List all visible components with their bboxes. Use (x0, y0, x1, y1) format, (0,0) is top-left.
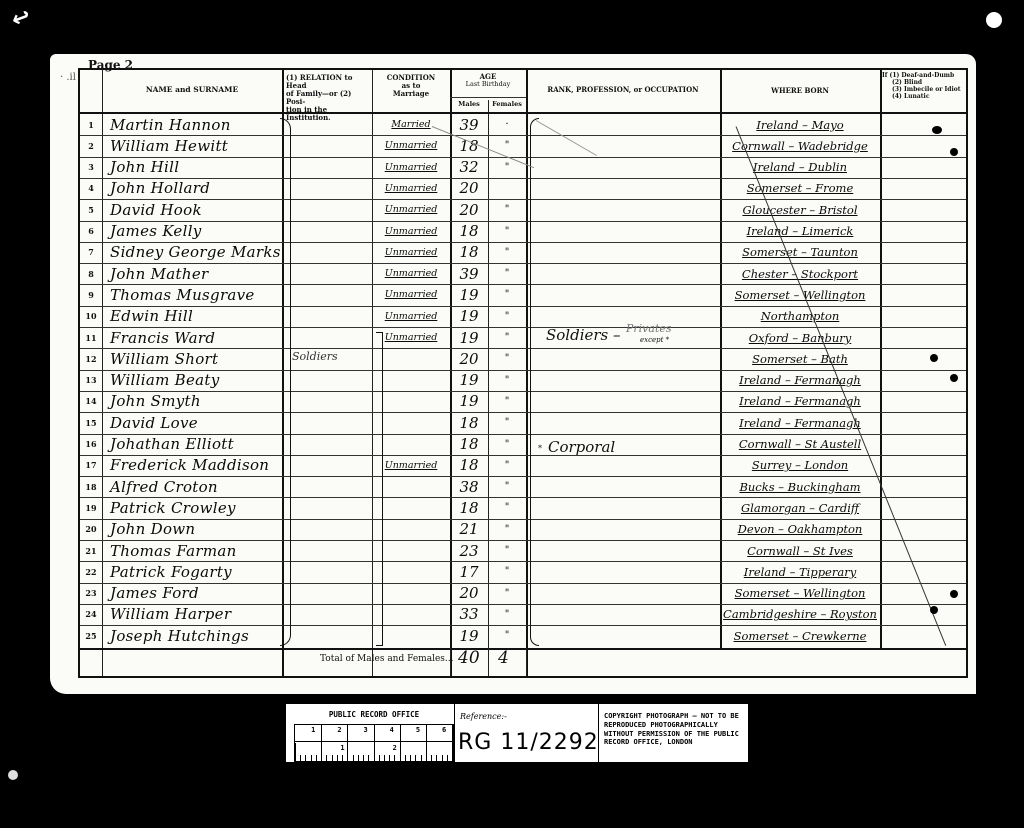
person-name: Patrick Fogarty (102, 561, 290, 582)
marital-condition (372, 391, 450, 412)
census-row: 9Thomas MusgraveUnmarried19"Somerset – W… (80, 284, 966, 305)
birthplace: Ireland – Fermanagh (720, 370, 880, 391)
person-name: David Love (102, 412, 290, 433)
age-female-mark: " (488, 412, 526, 433)
marital-condition (372, 625, 450, 646)
birthplace: Somerset – Taunton (720, 242, 880, 263)
census-row: 20John Down21"Devon – Oakhampton (80, 519, 966, 540)
birthplace: Surrey – London (720, 455, 880, 476)
header-where-born: WHERE BORN (720, 87, 880, 95)
census-row: 2William HewittUnmarried18"Cornwall – Wa… (80, 135, 966, 156)
person-name: Patrick Crowley (102, 497, 290, 518)
header-age: AGE Last Birthday (450, 73, 526, 89)
ruler-number: 4 (390, 726, 394, 734)
birthplace: Somerset – Crewkerne (720, 625, 880, 646)
age-female-mark: " (488, 370, 526, 391)
census-row: 22Patrick Fogarty17"Ireland – Tipperary (80, 561, 966, 582)
census-sheet: Page 2 · .il NAME and SURNAME (1) RELATI… (50, 54, 976, 694)
census-row: 16Johathan Elliott18"Cornwall – St Auste… (80, 434, 966, 455)
age-male: 21 (450, 519, 488, 540)
marital-condition (372, 561, 450, 582)
marital-condition (372, 370, 450, 391)
census-row: 19Patrick Crowley18"Glamorgan – Cardiff (80, 497, 966, 518)
total-label: Total of Males and Females... (320, 654, 454, 664)
age-female-mark: " (488, 221, 526, 242)
marital-condition: Unmarried (372, 263, 450, 284)
birthplace: Ireland – Mayo (720, 114, 880, 135)
person-name: James Kelly (102, 221, 290, 242)
row-number: 7 (80, 242, 102, 263)
row-number: 1 (80, 114, 102, 135)
age-female-mark: " (488, 199, 526, 220)
age-male: 20 (450, 348, 488, 369)
person-name: David Hook (102, 199, 290, 220)
age-male: 20 (450, 199, 488, 220)
age-female-mark: " (488, 306, 526, 327)
corporal-marker: * (538, 444, 542, 453)
birthplace: Somerset – Bath (720, 348, 880, 369)
person-name: Thomas Farman (102, 540, 290, 561)
census-row: 5David HookUnmarried20"Gloucester – Bris… (80, 199, 966, 220)
relation-soldiers: Soldiers (292, 350, 338, 363)
census-row: 25Joseph Hutchings19"Somerset – Crewkern… (80, 625, 966, 646)
census-row: 1Martin HannonMarried39·Ireland – Mayo (80, 114, 966, 135)
age-female-mark: " (488, 242, 526, 263)
row-number: 3 (80, 157, 102, 178)
census-row: 18Alfred Croton38"Bucks – Buckingham (80, 476, 966, 497)
person-name: Frederick Maddison (102, 455, 290, 476)
age-female-mark: " (488, 391, 526, 412)
row-number: 20 (80, 519, 102, 540)
reference-strip: PUBLIC RECORD OFFICE 12345612 Reference:… (284, 702, 750, 764)
marital-condition: Unmarried (372, 327, 450, 348)
ruler-number: 6 (442, 726, 446, 734)
row-number: 17 (80, 455, 102, 476)
person-name: John Hollard (102, 178, 290, 199)
age-male: 18 (450, 497, 488, 518)
age-male: 19 (450, 284, 488, 305)
marital-condition (372, 412, 450, 433)
birthplace: Somerset – Wellington (720, 583, 880, 604)
ruler-number: 2 (337, 726, 341, 734)
row-number: 4 (80, 178, 102, 199)
person-name: Joseph Hutchings (102, 625, 290, 646)
marital-condition (372, 583, 450, 604)
birthplace: Cornwall – St Ives (720, 540, 880, 561)
birthplace: Northampton (720, 306, 880, 327)
header-name: NAME and SURNAME (102, 86, 282, 95)
person-name: James Ford (102, 583, 290, 604)
age-male: 18 (450, 221, 488, 242)
age-male: 23 (450, 540, 488, 561)
person-name: John Mather (102, 263, 290, 284)
marital-condition (372, 540, 450, 561)
person-name: Martin Hannon (102, 114, 290, 135)
row-number: 5 (80, 199, 102, 220)
age-male: 39 (450, 114, 488, 135)
age-male: 20 (450, 583, 488, 604)
age-female-mark (488, 178, 526, 199)
total-males: 40 (458, 648, 480, 668)
occupation-except: except * (640, 336, 669, 344)
person-name: John Smyth (102, 391, 290, 412)
census-row: 21Thomas Farman23"Cornwall – St Ives (80, 540, 966, 561)
age-male: 19 (450, 391, 488, 412)
reference-value: RG 11/2292 (458, 730, 599, 755)
public-record-office-label: PUBLIC RECORD OFFICE (294, 710, 454, 719)
age-male: 17 (450, 561, 488, 582)
row-number: 16 (80, 434, 102, 455)
marital-condition (372, 519, 450, 540)
ruler-sub-number: 2 (393, 744, 397, 752)
age-female-mark: " (488, 540, 526, 561)
row-number: 2 (80, 135, 102, 156)
age-female-mark: " (488, 284, 526, 305)
row-number: 19 (80, 497, 102, 518)
age-female-mark: · (488, 114, 526, 135)
census-row: 23James Ford20"Somerset – Wellington (80, 583, 966, 604)
age-male: 32 (450, 157, 488, 178)
age-male: 18 (450, 242, 488, 263)
age-female-mark: " (488, 263, 526, 284)
age-female-mark: " (488, 625, 526, 646)
marital-condition: Unmarried (372, 199, 450, 220)
age-male: 39 (450, 263, 488, 284)
row-number: 21 (80, 540, 102, 561)
row-number: 12 (80, 348, 102, 369)
age-male: 19 (450, 306, 488, 327)
row-number: 25 (80, 625, 102, 646)
person-name: Thomas Musgrave (102, 284, 290, 305)
scale-ruler: 12345612 (294, 724, 454, 762)
row-number: 13 (80, 370, 102, 391)
birthplace: Ireland – Tipperary (720, 561, 880, 582)
census-row: 13William Beaty19"Ireland – Fermanagh (80, 370, 966, 391)
birthplace: Gloucester – Bristol (720, 199, 880, 220)
person-name: William Hewitt (102, 135, 290, 156)
birthplace: Glamorgan – Cardiff (720, 497, 880, 518)
row-number: 11 (80, 327, 102, 348)
header-condition: CONDITION as to Marriage (372, 74, 450, 98)
census-row: 4John HollardUnmarried20Somerset – Frome (80, 178, 966, 199)
age-female-mark: " (488, 327, 526, 348)
header-age-males: Males (450, 101, 488, 108)
age-male: 18 (450, 412, 488, 433)
birthplace: Bucks – Buckingham (720, 476, 880, 497)
census-row: 6James KellyUnmarried18"Ireland – Limeri… (80, 221, 966, 242)
age-male: 33 (450, 604, 488, 625)
row-number: 10 (80, 306, 102, 327)
person-name: Alfred Croton (102, 476, 290, 497)
person-name: William Harper (102, 604, 290, 625)
age-female-mark: " (488, 348, 526, 369)
age-male: 19 (450, 625, 488, 646)
census-row: 17Frederick MaddisonUnmarried18"Surrey –… (80, 455, 966, 476)
corner-dot (986, 12, 1002, 28)
birthplace: Somerset – Frome (720, 178, 880, 199)
occupation-brace (530, 118, 539, 646)
birthplace: Oxford – Banbury (720, 327, 880, 348)
row-number: 23 (80, 583, 102, 604)
person-name: Johathan Elliott (102, 434, 290, 455)
age-female-mark: " (488, 519, 526, 540)
age-male: 38 (450, 476, 488, 497)
census-row: 15David Love18"Ireland – Fermanagh (80, 412, 966, 433)
marital-condition: Unmarried (372, 306, 450, 327)
corner-dot (8, 770, 18, 780)
row-number: 15 (80, 412, 102, 433)
age-female-mark: " (488, 135, 526, 156)
ruler-number: 3 (364, 726, 368, 734)
marital-condition: Unmarried (372, 284, 450, 305)
age-female-mark: " (488, 157, 526, 178)
row-number: 6 (80, 221, 102, 242)
occupation-privates: Privates (626, 322, 672, 335)
age-male: 18 (450, 434, 488, 455)
person-name: Edwin Hill (102, 306, 290, 327)
census-row: 10Edwin HillUnmarried19"Northampton (80, 306, 966, 327)
person-name: Francis Ward (102, 327, 290, 348)
census-table: NAME and SURNAME (1) RELATION to Head of… (78, 68, 968, 678)
marital-condition: Married (372, 114, 450, 135)
ruler-sub-number: 1 (340, 744, 344, 752)
marital-condition: Unmarried (372, 455, 450, 476)
copyright-notice: COPYRIGHT PHOTOGRAPH – NOT TO BE REPRODU… (604, 712, 746, 747)
person-name: Sidney George Marks (102, 242, 290, 263)
census-row: 7Sidney George MarksUnmarried18"Somerset… (80, 242, 966, 263)
age-female-mark: " (488, 476, 526, 497)
birthplace: Devon – Oakhampton (720, 519, 880, 540)
census-row: 3John HillUnmarried32"Ireland – Dublin (80, 157, 966, 178)
person-name: William Short (102, 348, 290, 369)
row-number: 14 (80, 391, 102, 412)
marital-condition (372, 497, 450, 518)
margin-mark: · .il (60, 72, 76, 83)
person-name: William Beaty (102, 370, 290, 391)
marital-condition: Unmarried (372, 157, 450, 178)
census-row: 14John Smyth19"Ireland – Fermanagh (80, 391, 966, 412)
relation-brace (280, 118, 291, 646)
condition-brace (376, 332, 383, 646)
census-row: 24William Harper33"Cambridgeshire – Roys… (80, 604, 966, 625)
person-name: John Down (102, 519, 290, 540)
age-female-mark: " (488, 583, 526, 604)
person-name: John Hill (102, 157, 290, 178)
marital-condition: Unmarried (372, 135, 450, 156)
age-male: 19 (450, 370, 488, 391)
census-row: 8John MatherUnmarried39"Chester – Stockp… (80, 263, 966, 284)
marital-condition: Unmarried (372, 178, 450, 199)
row-number: 22 (80, 561, 102, 582)
total-females: 4 (498, 648, 509, 668)
row-number: 9 (80, 284, 102, 305)
age-male: 18 (450, 455, 488, 476)
age-female-mark: " (488, 455, 526, 476)
row-number: 8 (80, 263, 102, 284)
row-number: 18 (80, 476, 102, 497)
age-female-mark: " (488, 434, 526, 455)
marital-condition (372, 434, 450, 455)
census-row: 11Francis WardUnmarried19"Oxford – Banbu… (80, 327, 966, 348)
birthplace: Ireland – Fermanagh (720, 391, 880, 412)
marital-condition (372, 476, 450, 497)
birthplace: Cornwall – St Austell (720, 434, 880, 455)
header-occupation: RANK, PROFESSION, or OCCUPATION (526, 86, 720, 94)
age-male: 20 (450, 178, 488, 199)
marital-condition (372, 348, 450, 369)
birthplace: Chester – Stockport (720, 263, 880, 284)
age-female-mark: " (488, 561, 526, 582)
header-age-females: Females (488, 101, 526, 108)
corner-mark: ↩ (8, 4, 34, 34)
header-infirmity: If (1) Deaf-and-Dumb (2) Blind (3) Imbec… (882, 73, 966, 101)
marital-condition (372, 604, 450, 625)
ruler-number: 1 (311, 726, 315, 734)
reference-label: Reference:- (460, 712, 507, 721)
birthplace: Ireland – Dublin (720, 157, 880, 178)
occupation-corporal: Corporal (548, 438, 615, 456)
age-female-mark: " (488, 497, 526, 518)
age-female-mark: " (488, 604, 526, 625)
marital-condition: Unmarried (372, 221, 450, 242)
marital-condition: Unmarried (372, 242, 450, 263)
occupation-soldiers: Soldiers – (546, 326, 621, 344)
age-male: 19 (450, 327, 488, 348)
birthplace: Cambridgeshire – Royston (720, 604, 880, 625)
ruler-number: 5 (416, 726, 420, 734)
row-number: 24 (80, 604, 102, 625)
birthplace: Ireland – Limerick (720, 221, 880, 242)
